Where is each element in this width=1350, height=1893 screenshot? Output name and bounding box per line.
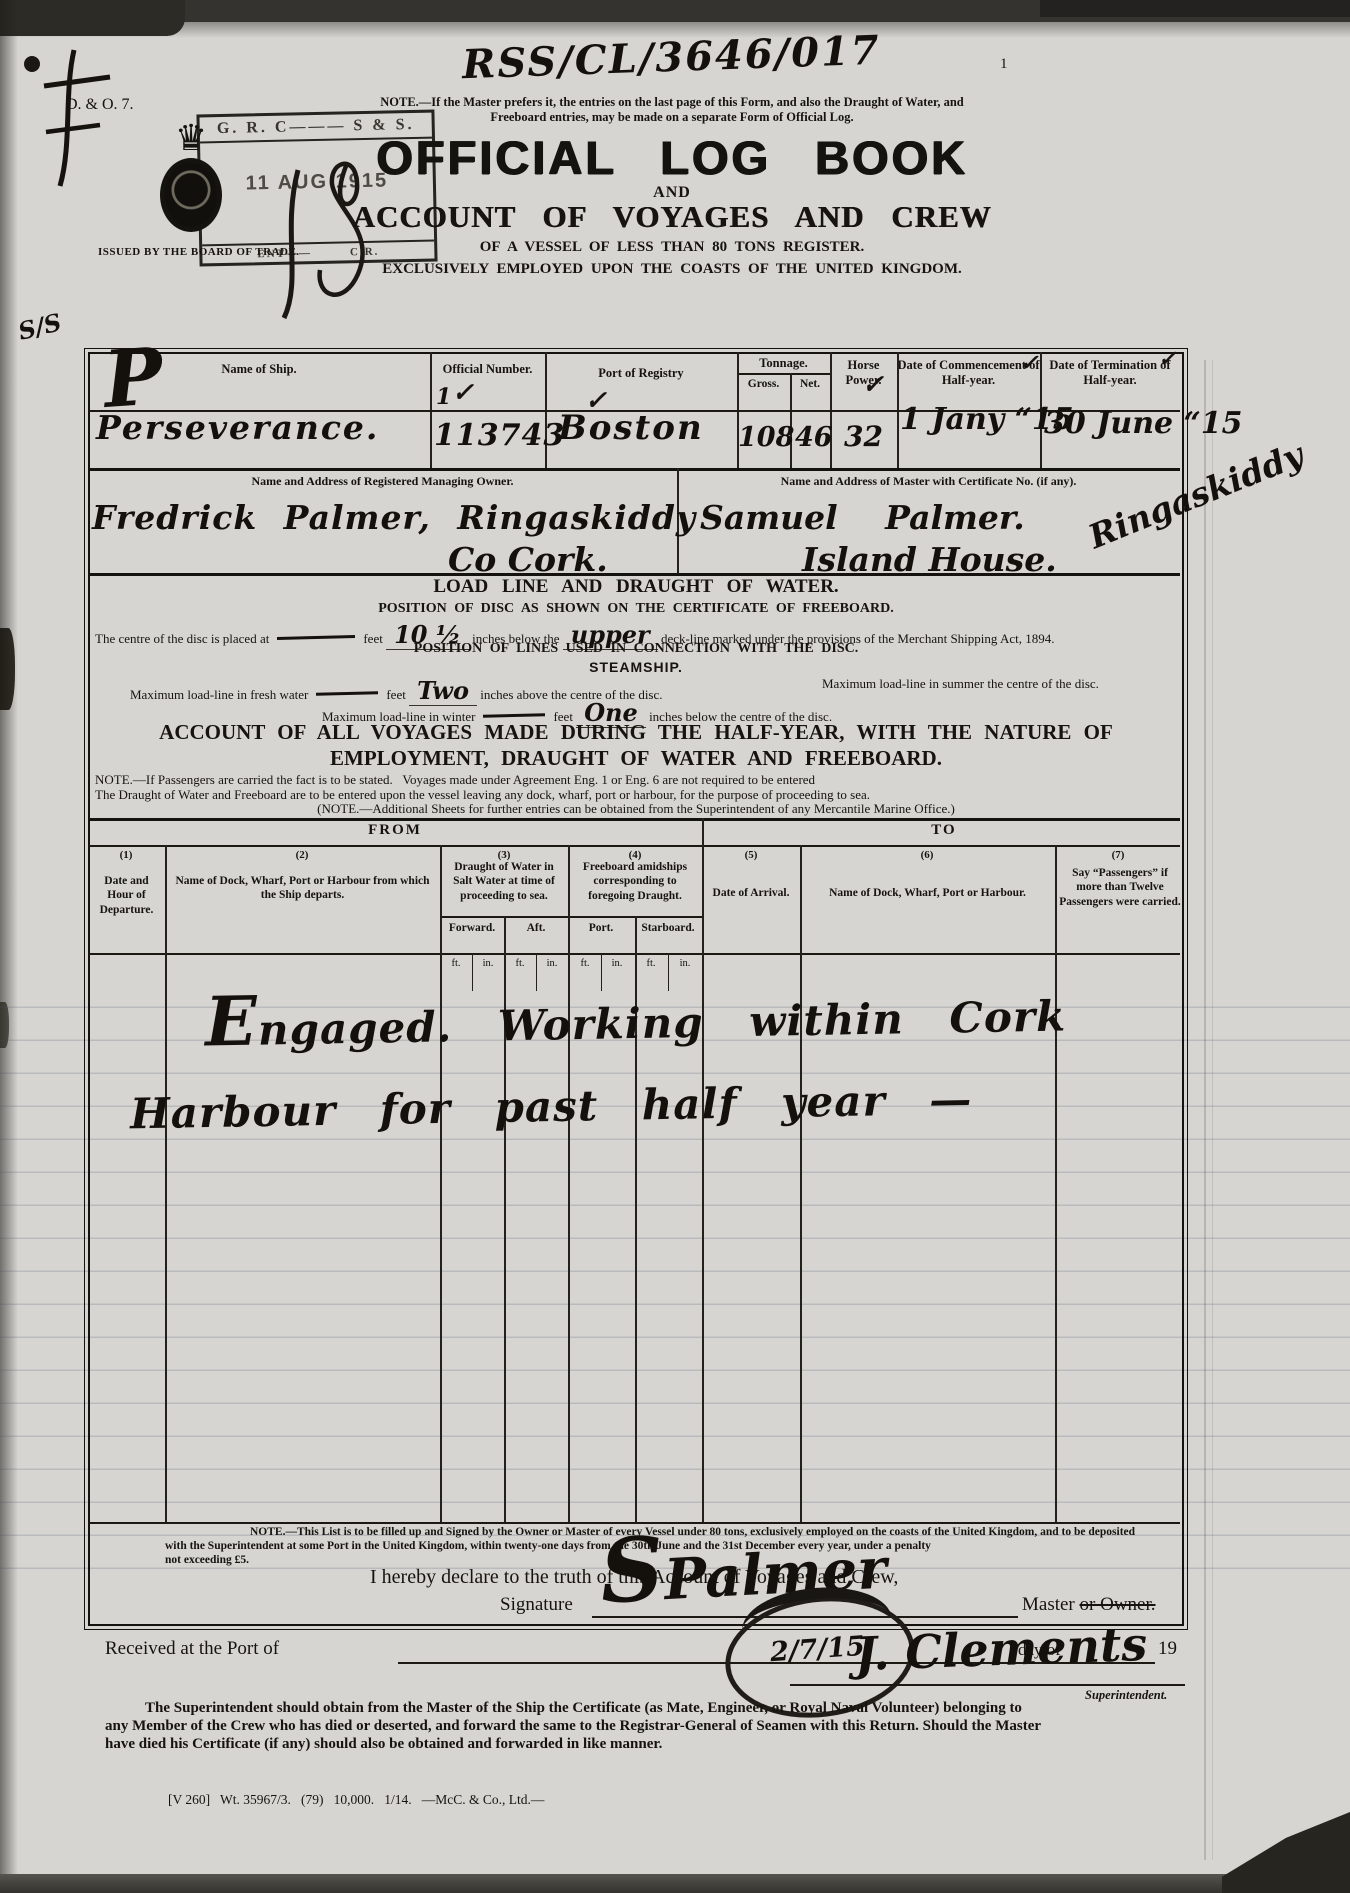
- ft-label: ft.: [451, 958, 460, 969]
- col7-header: Say “Passengers” if more than Twelve Pas…: [1058, 866, 1182, 909]
- voyage-entry-line1: Engaged. Working within Cork: [204, 967, 1066, 1062]
- signature-label: Signature: [500, 1594, 573, 1616]
- in-label: in.: [547, 958, 558, 969]
- scan-ink-blob-left: [0, 628, 15, 710]
- tonnage-subdivider-line: [737, 373, 830, 375]
- scan-crease-line: [1204, 360, 1206, 1860]
- value-owner-line2: Co Cork.: [448, 540, 608, 579]
- top-note-line2: Freeboard entries, may be made on a sepa…: [490, 110, 853, 125]
- tick-mark: ✓: [1158, 346, 1176, 372]
- voyage-table-top-line: [88, 818, 1180, 821]
- steamship-label: STEAMSHIP.: [589, 659, 683, 675]
- value-owner-line1: Fredrick Palmer, Ringaskiddy: [92, 498, 696, 537]
- voyage-header-bottom-line: [88, 953, 1180, 955]
- col2-number: (2): [296, 849, 309, 861]
- coasts-line: EXCLUSIVELY EMPLOYED UPON THE COASTS OF …: [382, 261, 961, 278]
- feet-label: feet: [363, 631, 382, 646]
- voyages-note1: NOTE.—If Passengers are carried the fact…: [95, 772, 815, 788]
- in-label: in.: [483, 958, 494, 969]
- from-label: FROM: [368, 822, 422, 839]
- pen-dash: [277, 635, 355, 640]
- entry-rest: ngaged. Working within Cork: [258, 991, 1067, 1054]
- pen-cross-mark: [40, 46, 124, 190]
- scan-crease-line-2: [1212, 360, 1213, 1860]
- small-one-mark: 1: [436, 384, 451, 410]
- ship-col-line: [790, 373, 792, 468]
- master-label: Master or Owner.: [1022, 1594, 1156, 1616]
- voyage-group-divider: [702, 818, 704, 1522]
- value-net-tonnage: 46: [795, 422, 833, 453]
- master-word: Master: [1022, 1594, 1075, 1615]
- col2-header: Name of Dock, Wharf, Port or Harbour fro…: [175, 874, 430, 903]
- value-master-line1: Samuel Palmer.: [700, 498, 1025, 537]
- received-at-port-label: Received at the Port of: [105, 1638, 279, 1660]
- page-subtitle: ACCOUNT OF VOYAGES AND CREW: [352, 199, 991, 235]
- col7-number: (7): [1112, 849, 1125, 861]
- voyages-note3: (NOTE.—Additional Sheets for further ent…: [317, 801, 955, 817]
- scan-bottom-right-corner: [1222, 1812, 1350, 1893]
- page-number: 1: [1000, 56, 1008, 73]
- tick-mark: ✓: [862, 370, 884, 400]
- stamp-date-handwritten: 2/7/15: [769, 1631, 866, 1669]
- voyage-col-line: [165, 845, 167, 1522]
- tick-mark: ✓: [452, 378, 474, 408]
- header-net: Net.: [790, 378, 830, 392]
- superintendent-signature: J. Clements: [854, 1617, 1148, 1681]
- in-label: in.: [612, 958, 623, 969]
- voyage-col-line: [568, 845, 570, 1522]
- printer-imprint: [V 260] Wt. 35967/3. (79) 10,000. 1/14. …: [168, 1792, 544, 1808]
- voyage-col-line: [1055, 845, 1057, 1522]
- value-official-number: 113743: [434, 418, 565, 453]
- load-line-sub2: POSITION OF LINES USED IN CONNECTION WIT…: [414, 641, 858, 657]
- ship-values-bottom-line: [88, 468, 1180, 471]
- aft-label: Aft.: [527, 922, 546, 934]
- voyages-heading-line1: ACCOUNT OF ALL VOYAGES MADE DURING THE H…: [159, 720, 1113, 745]
- header-port-of-registry: Port of Registry: [545, 366, 737, 381]
- col1-header: Date and Hour of Departure.: [90, 874, 163, 917]
- scan-top-right-edge: [1040, 0, 1350, 17]
- crown-icon: ♛: [150, 120, 232, 156]
- centre-prefix: The centre of the disc is placed at: [95, 631, 269, 646]
- col6-number: (6): [921, 849, 934, 861]
- superintendent-label: Superintendent.: [1085, 1688, 1167, 1703]
- load-line-sub1: POSITION OF DISC AS SHOWN ON THE CERTIFI…: [378, 601, 893, 617]
- value-name-of-ship: Perseverance.: [96, 408, 379, 447]
- summer-line: Maximum load-line in summer the centre o…: [822, 676, 1099, 692]
- scanned-log-book-page: RSS/CL/3646/017 1 D. & O. 7. NOTE.—If th…: [0, 0, 1350, 1893]
- value-master-line2: Island House.: [802, 540, 1057, 579]
- col3-header: Draught of Water in Salt Water at time o…: [444, 860, 564, 903]
- year-19-label: 19: [1158, 1638, 1177, 1660]
- value-gross-tonnage: 108: [738, 422, 794, 453]
- page-title: OFFICIAL LOG BOOK: [376, 130, 968, 185]
- scan-bottom-edge: [0, 1874, 1350, 1893]
- superintendent-paragraph-line3: have died his Certificate (if any) shoul…: [105, 1736, 662, 1753]
- margin-note-ss: S/S: [15, 307, 64, 346]
- bottom-note-line3: not exceeding £5.: [165, 1554, 249, 1566]
- voyage-col-line: [800, 845, 802, 1522]
- or-owner-struck: or Owner.: [1080, 1594, 1156, 1615]
- col1-number: (1): [120, 849, 133, 861]
- header-managing-owner: Name and Address of Registered Managing …: [88, 474, 677, 489]
- scan-top-left-corner: [0, 0, 185, 36]
- ink-dot: [24, 56, 40, 72]
- to-label: TO: [931, 822, 956, 839]
- value-horse-power: 32: [844, 420, 883, 453]
- forward-label: Forward.: [449, 922, 495, 934]
- entry-capital: E: [204, 982, 258, 1063]
- load-line-heading: LOAD LINE AND DRAUGHT OF WATER.: [433, 576, 838, 598]
- issued-by-label: ISSUED BY THE BOARD OF TRADE.: [98, 246, 300, 258]
- header-tonnage: Tonnage.: [737, 356, 830, 371]
- header-gross: Gross.: [737, 378, 790, 392]
- col5-number: (5): [745, 849, 758, 861]
- starboard-label: Starboard.: [641, 922, 694, 934]
- fresh-prefix: Maximum load-line in fresh water: [130, 687, 308, 702]
- scan-left-edge: [0, 0, 18, 1893]
- vessel-line: OF A VESSEL OF LESS THAN 80 TONS REGISTE…: [480, 239, 865, 256]
- header-commencement: Date of Commencement of Half-year.: [897, 358, 1040, 388]
- name-flourish-capital: P: [102, 342, 165, 416]
- superintendent-paragraph-line2: any Member of the Crew who has died or d…: [105, 1718, 1041, 1735]
- port-label: Port.: [589, 922, 614, 934]
- col5-header: Date of Arrival.: [704, 886, 798, 900]
- signature-capital: S: [597, 1516, 666, 1623]
- ft-label: ft.: [646, 958, 655, 969]
- col6-header: Name of Dock, Wharf, Port or Harbour.: [802, 886, 1053, 900]
- value-termination-date: 30 June “15: [1044, 406, 1243, 441]
- col4-header: Freeboard amidships corresponding to for…: [572, 860, 698, 903]
- superintendent-underline: [790, 1684, 1185, 1686]
- pen-dash: [316, 691, 378, 696]
- value-port-of-registry: Boston: [558, 408, 704, 448]
- scan-ink-blob-left-2: [0, 1002, 9, 1048]
- tick-mark: ✓: [1020, 350, 1038, 376]
- voyage-col-line: [440, 845, 442, 1522]
- header-official-number: Official Number.: [430, 362, 545, 377]
- ft-label: ft.: [580, 958, 589, 969]
- header-master: Name and Address of Master with Certific…: [677, 474, 1180, 489]
- in-label: in.: [680, 958, 691, 969]
- board-of-trade-emblem: ♛: [150, 120, 232, 232]
- voyage-group-bottom-line: [88, 845, 1180, 847]
- top-note-line1: NOTE.—If the Master prefers it, the entr…: [380, 95, 964, 110]
- voyages-heading-line2: EMPLOYMENT, DRAUGHT OF WATER AND FREEBOA…: [330, 746, 942, 771]
- pen-dash: [483, 713, 545, 718]
- superintendent-paragraph-line1: The Superintendent should obtain from th…: [145, 1700, 1022, 1717]
- seal-badge-icon: [160, 158, 222, 232]
- ft-label: ft.: [515, 958, 524, 969]
